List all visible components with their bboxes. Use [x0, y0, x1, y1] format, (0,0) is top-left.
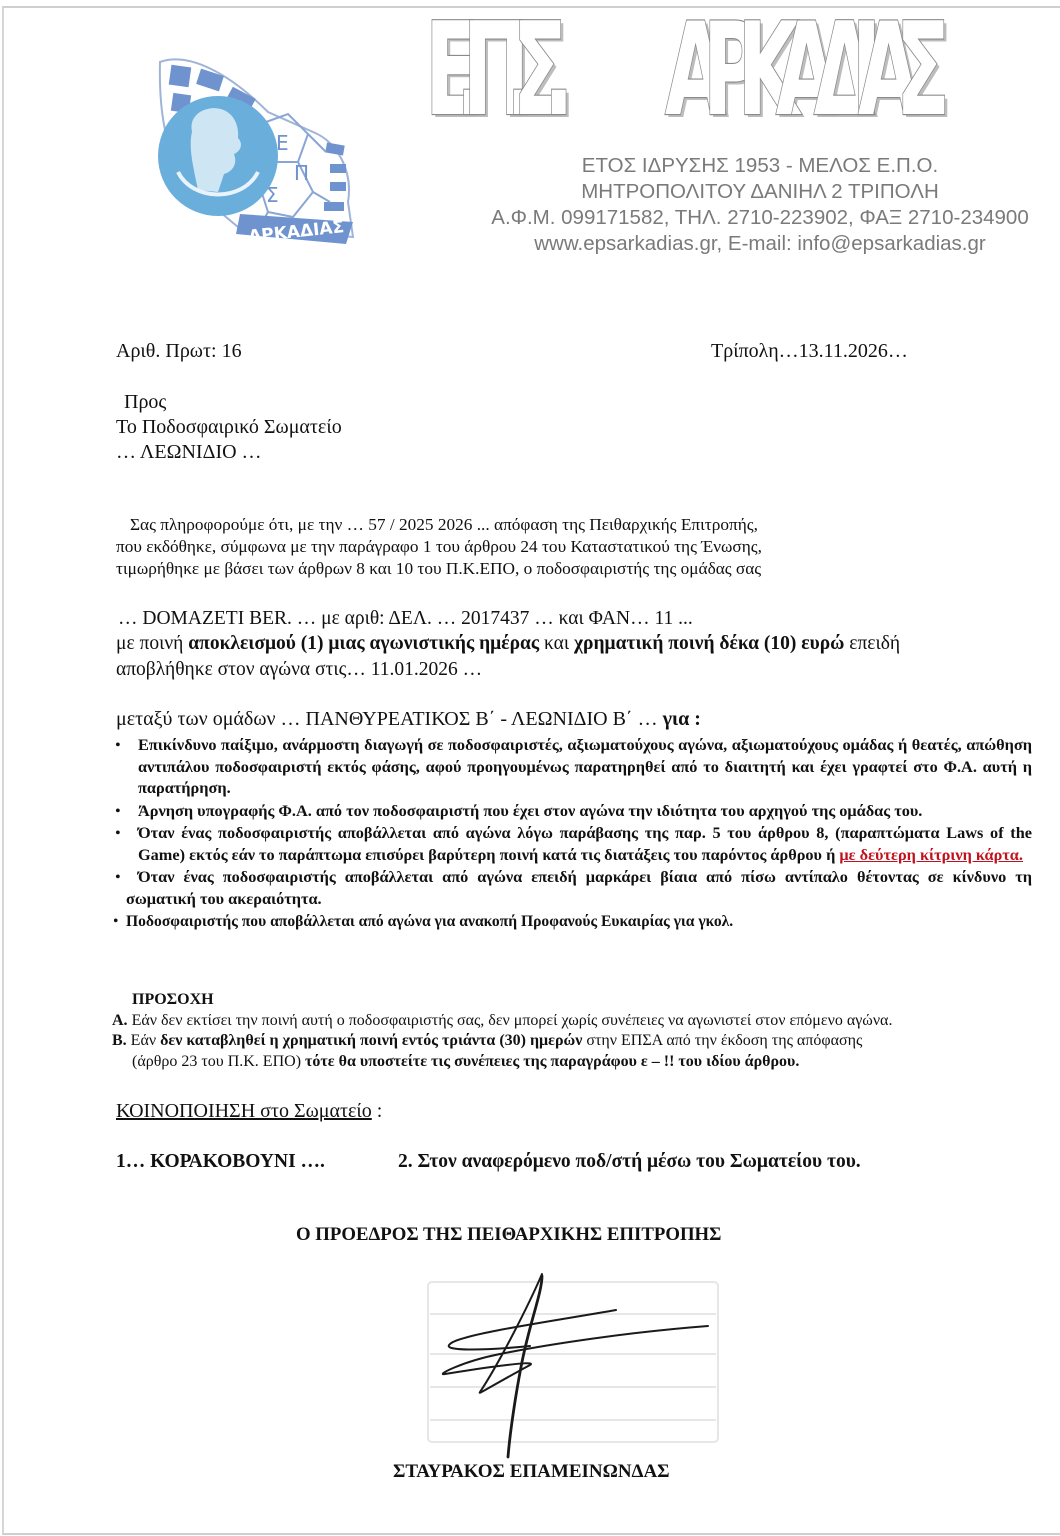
- sent-off-line: αποβλήθηκε στον αγώνα στις… 11.01.2026 …: [116, 659, 482, 681]
- attention-b-cont: (άρθρο 23 του Π.Κ. ΕΠΟ) τότε θα υποστείτ…: [112, 1052, 1042, 1073]
- reason-item: • Όταν ένας ποδοσφαιριστής αποβάλλεται α…: [112, 822, 1032, 865]
- recipient-club: Το Ποδοσφαιρικό Σωματείο: [116, 416, 342, 439]
- attention-a: Α. Εάν δεν εκτίσει την ποινή αυτή ο ποδο…: [112, 1011, 1042, 1032]
- web-email-line[interactable]: www.epsarkadias.gr, E-mail: info@epsarka…: [430, 231, 1060, 257]
- crest-letter-e: Ε: [276, 131, 289, 155]
- reason-item: • Επικίνδυνο παίξιμο, ανάρμοστη διαγωγή …: [112, 734, 1032, 799]
- notification-item-2: 2. Στον αναφερόμενο ποδ/στή μέσω του Σωμ…: [398, 1151, 861, 1173]
- attention-title: ΠΡΟΣΟΧΗ: [112, 990, 1042, 1011]
- second-yellow-card-link[interactable]: με δεύτερη κίτρινη κάρτα.: [839, 845, 1023, 864]
- intro-paragraph: Σας πληροφορούμε ότι, με την … 57 / 2025…: [116, 514, 762, 580]
- notification-label: ΚΟΙΝΟΠΟΙΗΣΗ στο Σωματείο :: [116, 1100, 382, 1123]
- title-eps: Ε.Π.Σ.: [425, 0, 574, 126]
- bullet-icon: •: [115, 800, 121, 822]
- attention-section: ΠΡΟΣΟΧΗ Α. Εάν δεν εκτίσει την ποινή αυτ…: [112, 990, 1042, 1072]
- organization-title: Ε.Π.Σ. ΑΡΚΑΔΙΑΣ Ε.Π.Σ. ΑΡΚΑΔΙΑΣ: [420, 0, 960, 126]
- reason-item: • Όταν ένας ποδοσφαιριστής αποβάλλεται α…: [112, 866, 1032, 909]
- signatory-name: ΣΤΑΥΡΑΚΟΣ ΕΠΑΜΕΙΝΩΝΔΑΣ: [393, 1461, 670, 1483]
- place-date: Τρίπολη…13.11.2026…: [711, 340, 908, 363]
- match-line: μεταξύ των ομάδων … ΠΑΝΘΥΡΕΑΤΙΚΟΣ Β΄ - Λ…: [116, 708, 701, 731]
- protocol-number: Αριθ. Πρωτ: 16: [116, 340, 242, 363]
- signature-graphic: [380, 1262, 840, 1492]
- notification-item-1: 1… ΚΟΡΑΚΟΒΟΥΝΙ ….: [116, 1151, 325, 1173]
- bullet-icon: •: [115, 822, 121, 844]
- bullet-icon: •: [115, 734, 121, 756]
- reason-item: • Ποδοσφαιριστής που αποβάλλεται από αγώ…: [112, 911, 1032, 933]
- organization-info: ΕΤΟΣ ΙΔΡΥΣΗΣ 1953 - ΜΕΛΟΣ Ε.Π.Ο. ΜΗΤΡΟΠΟ…: [430, 153, 1060, 257]
- reasons-list: • Επικίνδυνο παίξιμο, ανάρμοστη διαγωγή …: [112, 734, 1032, 933]
- fine-text: χρηματική ποινή δέκα (10) ευρώ: [574, 633, 844, 654]
- penalty-line: με ποινή αποκλεισμού (1) μιας αγωνιστική…: [116, 633, 900, 655]
- player-line: … DOMAZETI BER. … με αριθ: ΔΕΛ. … 201743…: [118, 608, 693, 630]
- eps-arkadias-crest-logo: Ε Π Σ ΑΡΚΑΔΙΑΣ: [148, 52, 358, 247]
- title-arkadias: ΑΡΚΑΔΙΑΣ: [665, 0, 950, 126]
- signatory-role: Ο ΠΡΟΕΔΡΟΣ ΤΗΣ ΠΕΙΘΑΡΧΙΚΗΣ ΕΠΙΤΡΟΠΗΣ: [296, 1224, 721, 1246]
- crest-letter-p: Π: [294, 161, 309, 185]
- bullet-icon: •: [115, 866, 121, 888]
- attention-b: Β. Εάν δεν καταβληθεί η χρηματική ποινή …: [112, 1031, 1042, 1052]
- tax-phone-fax-line: Α.Φ.Μ. 099171582, ΤΗΛ. 2710-223902, ΦΑΞ …: [430, 205, 1060, 231]
- bullet-icon: •: [113, 911, 118, 933]
- signature-strokes: [443, 1274, 708, 1457]
- address-line: ΜΗΤΡΟΠΟΛΙΤΟΥ ΔΑΝΙΗΛ 2 ΤΡΙΠΟΛΗ: [430, 179, 1060, 205]
- reason-item: • Άρνηση υπογραφής Φ.Α. από τον ποδοσφαι…: [112, 800, 1032, 822]
- recipient-to: Προς: [124, 391, 166, 414]
- ban-text: αποκλεισμού (1) μιας αγωνιστικής ημέρας: [188, 633, 539, 654]
- founding-line: ΕΤΟΣ ΙΔΡΥΣΗΣ 1953 - ΜΕΛΟΣ Ε.Π.Ο.: [430, 153, 1060, 179]
- recipient-club-name: … ΛΕΩΝΙΔΙΟ …: [116, 441, 262, 464]
